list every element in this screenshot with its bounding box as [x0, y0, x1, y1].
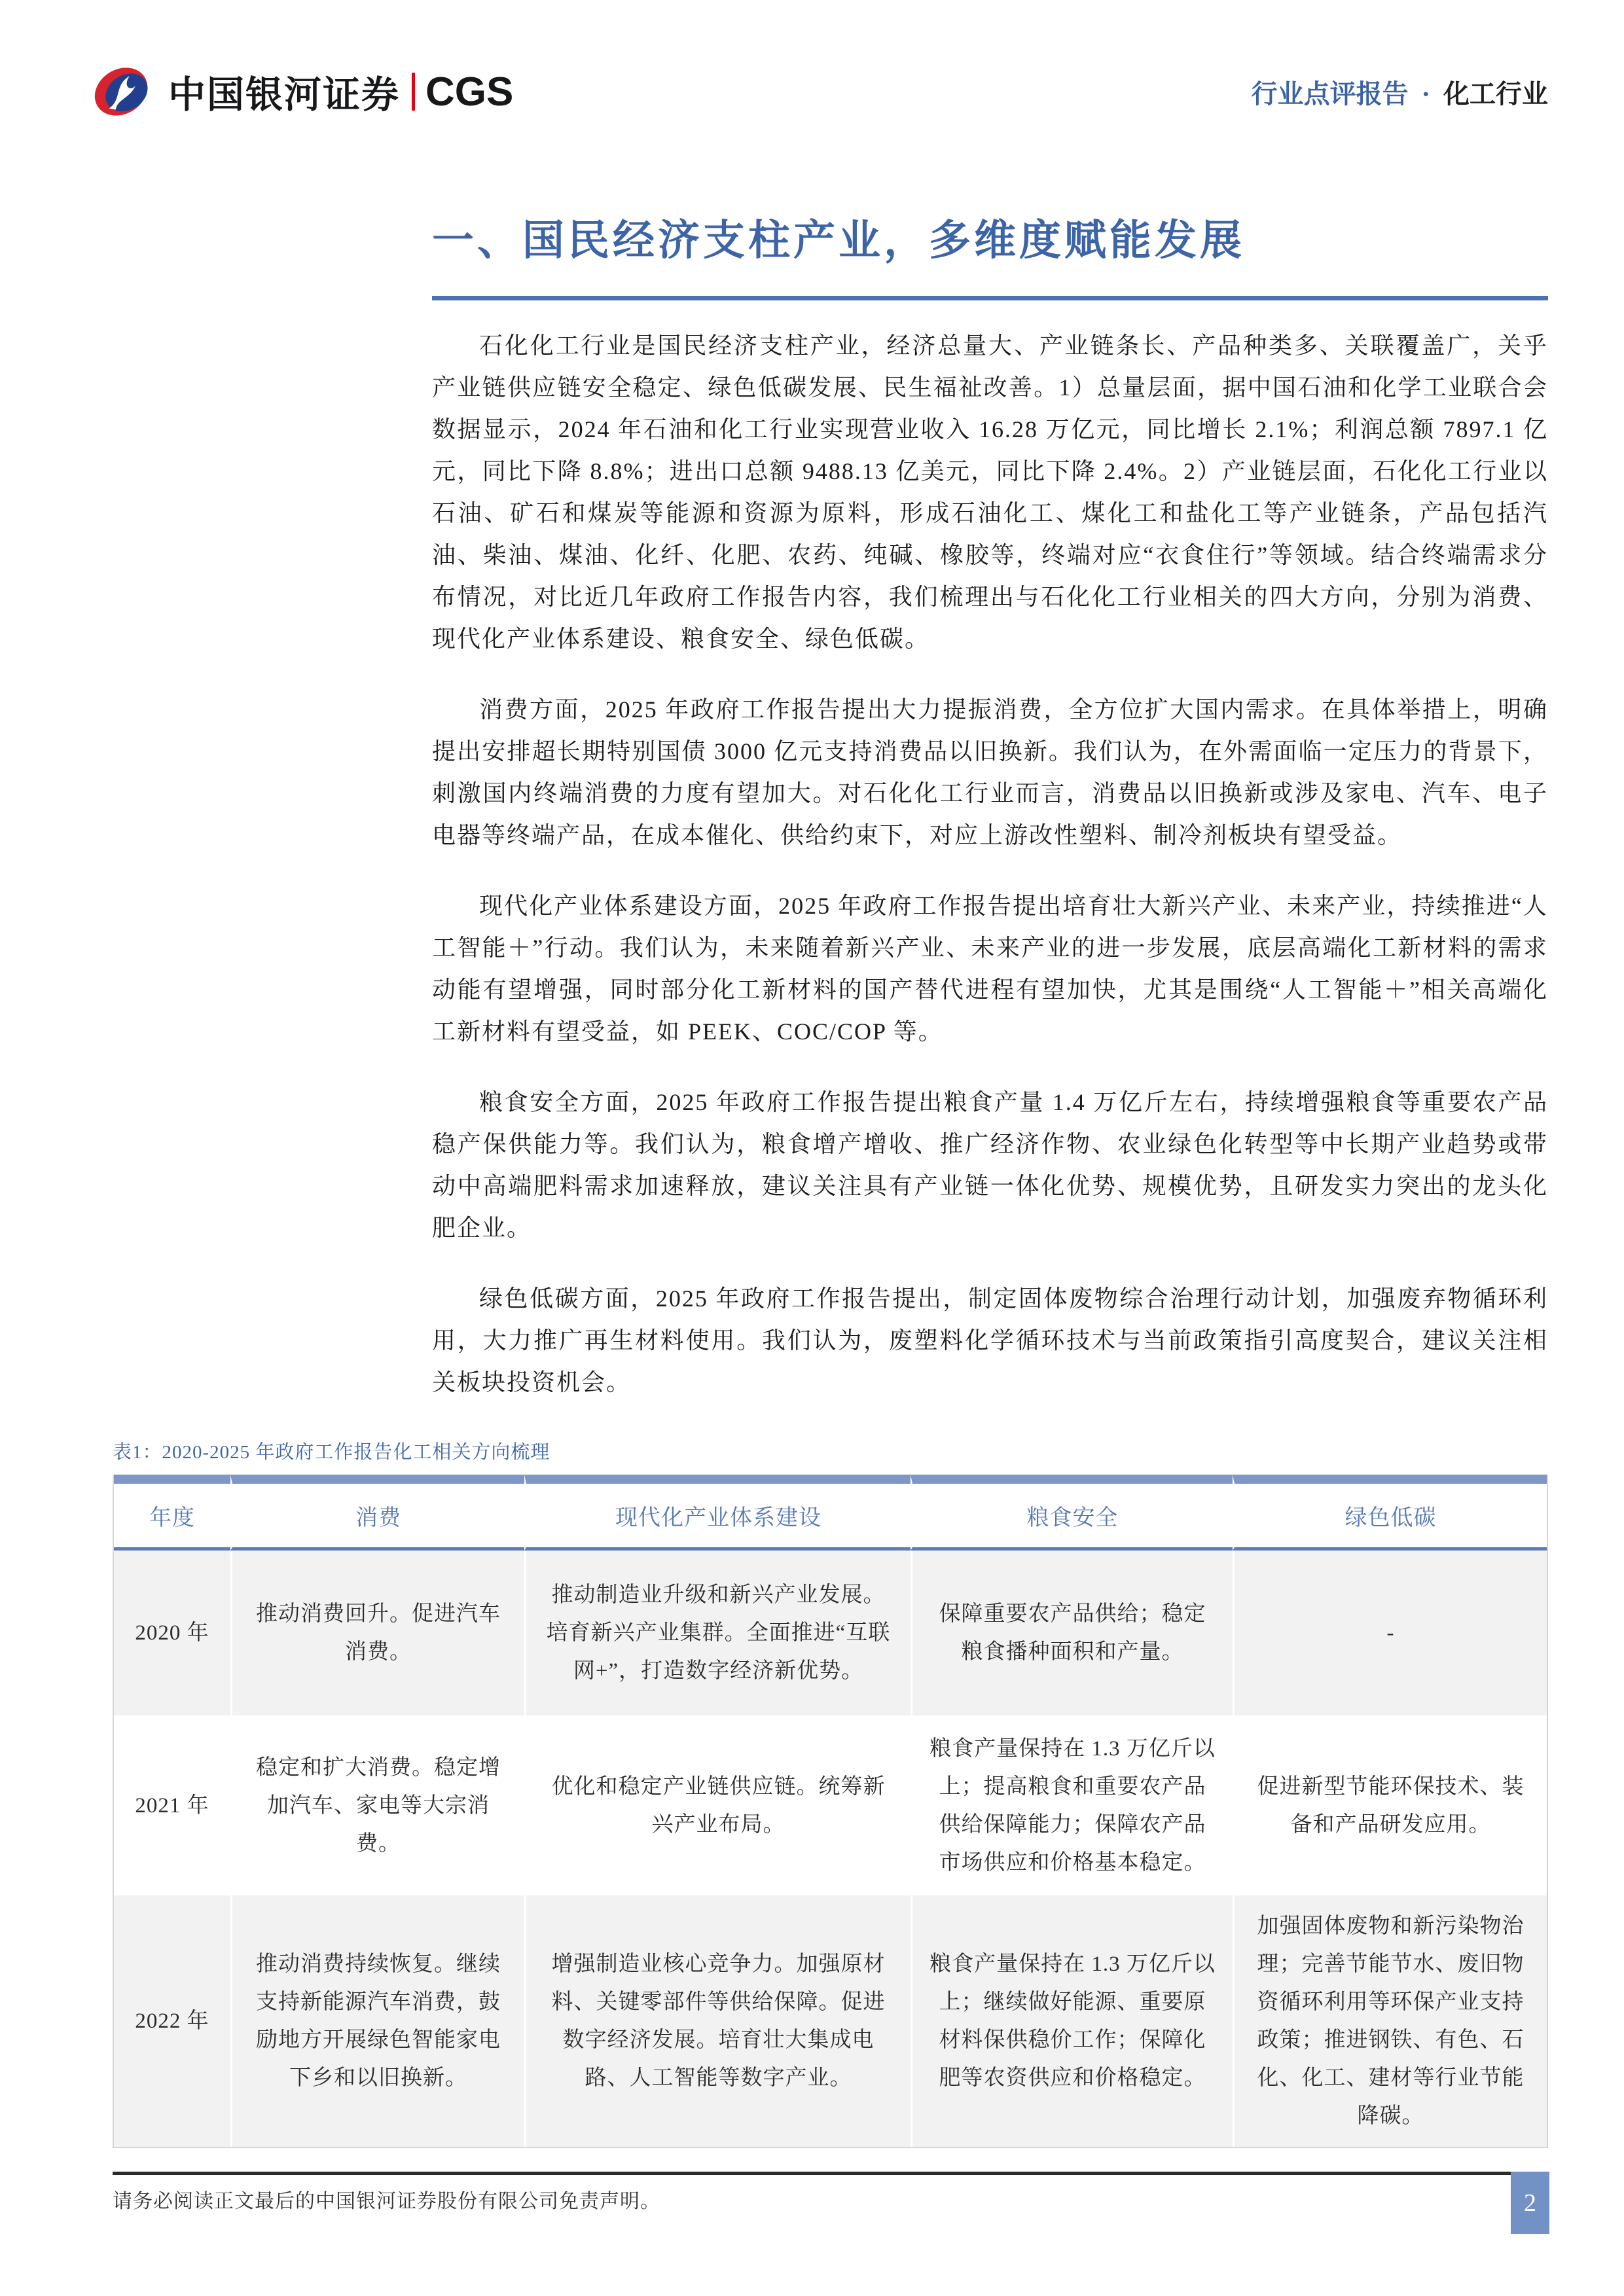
page-header: 中国银河证券 CGS 行业点评报告 · 化工行业: [91, 60, 1548, 123]
table-row-2022: 2022 年 推动消费持续恢复。继续支持新能源汽车消费，鼓励地方开展绿色智能家电…: [114, 1895, 1547, 2147]
cell-2020-green-lowcarbon: -: [1233, 1551, 1547, 1717]
table-caption: 表1：2020-2025 年政府工作报告化工相关方向梳理: [113, 1437, 1548, 1464]
section-title: 一、国民经济支柱产业，多维度赋能发展: [432, 207, 1548, 267]
paragraph-modern-industry: 现代化产业体系建设方面，2025 年政府工作报告提出培育壮大新兴产业、未来产业，…: [432, 885, 1548, 1052]
industry-label: 化工行业: [1443, 79, 1548, 109]
cell-2022-consumption: 推动消费持续恢复。继续支持新能源汽车消费，鼓励地方开展绿色智能家电下乡和以旧换新…: [230, 1895, 524, 2147]
cell-2021-modern-industry: 优化和稳定产业链供应链。统筹新兴产业布局。: [524, 1717, 911, 1895]
table-row-2021: 2021 年 稳定和扩大消费。稳定增加汽车、家电等大宗消费。 优化和稳定产业链供…: [114, 1717, 1547, 1895]
year-cell: 2021 年: [114, 1717, 230, 1895]
body-content: 石化化工行业是国民经济支柱产业，经济总量大、产业链条长、产品种类多、关联覆盖广，…: [432, 325, 1548, 1432]
brand-divider: [412, 73, 415, 111]
cell-2020-grain-security: 保障重要农产品供给；稳定粮食播种面积和产量。: [911, 1551, 1233, 1717]
cell-2022-green-lowcarbon: 加强固体废物和新污染物治理；完善节能节水、废旧物资循环利用等环保产业支持政策；推…: [1233, 1895, 1547, 2147]
col-header-year: 年度: [114, 1475, 230, 1551]
report-page: 中国银河证券 CGS 行业点评报告 · 化工行业 一、国民经济支柱产业，多维度赋…: [0, 0, 1624, 2296]
col-header-modern-industry: 现代化产业体系建设: [524, 1475, 911, 1551]
separator-dot: ·: [1422, 79, 1430, 109]
paragraph-overview: 石化化工行业是国民经济支柱产业，经济总量大、产业链条长、产品种类多、关联覆盖广，…: [432, 325, 1548, 660]
cell-2021-grain-security: 粮食产量保持在 1.3 万亿斤以上；提高粮食和重要农产品供给保障能力；保障农产品…: [911, 1717, 1233, 1895]
footer-divider: [113, 2172, 1548, 2175]
brand-name-en: CGS: [425, 69, 513, 115]
paragraph-consumption: 消费方面，2025 年政府工作报告提出大力提振消费，全方位扩大国内需求。在具体举…: [432, 689, 1548, 856]
brand-logo: 中国银河证券 CGS: [91, 62, 513, 122]
cell-2021-green-lowcarbon: 促进新型节能环保技术、装备和产品研发应用。: [1233, 1717, 1547, 1895]
cell-2020-modern-industry: 推动制造业升级和新兴产业发展。培育新兴产业集群。全面推进“互联网+”，打造数字经…: [524, 1551, 911, 1717]
title-underline: [432, 296, 1548, 300]
cell-2022-grain-security: 粮食产量保持在 1.3 万亿斤以上；继续做好能源、重要原材料保供稳价工作；保障化…: [911, 1895, 1233, 2147]
table-header-row: 年度 消费 现代化产业体系建设 粮食安全 绿色低碳: [114, 1475, 1547, 1551]
cell-2021-consumption: 稳定和扩大消费。稳定增加汽车、家电等大宗消费。: [230, 1717, 524, 1895]
report-type-label: 行业点评报告: [1252, 79, 1409, 109]
report-type-header: 行业点评报告 · 化工行业: [1252, 73, 1548, 111]
cell-2022-modern-industry: 增强制造业核心竞争力。加强原材料、关键零部件等供给保障。促进数字经济发展。培育壮…: [524, 1895, 911, 2147]
col-header-grain-security: 粮食安全: [911, 1475, 1233, 1551]
footer-disclaimer: 请务必阅读正文最后的中国银河证券股份有限公司免责声明。: [113, 2185, 660, 2214]
col-header-green-lowcarbon: 绿色低碳: [1233, 1475, 1547, 1551]
year-cell: 2020 年: [114, 1551, 230, 1717]
table-section: 表1：2020-2025 年政府工作报告化工相关方向梳理 年度 消费 现代化产业…: [113, 1437, 1548, 2148]
paragraph-grain-security: 粮食安全方面，2025 年政府工作报告提出粮食产量 1.4 万亿斤左右，持续增强…: [432, 1081, 1548, 1249]
policy-table: 年度 消费 现代化产业体系建设 粮食安全 绿色低碳 2020 年 推动消费回升。…: [114, 1475, 1547, 2147]
policy-table-wrapper: 年度 消费 现代化产业体系建设 粮食安全 绿色低碳 2020 年 推动消费回升。…: [113, 1475, 1548, 2148]
brand-name-cn: 中国银河证券: [168, 65, 400, 118]
col-header-consumption: 消费: [230, 1475, 524, 1551]
paragraph-green-lowcarbon: 绿色低碳方面，2025 年政府工作报告提出，制定固体废物综合治理行动计划，加强废…: [432, 1278, 1548, 1403]
table-row-2020: 2020 年 推动消费回升。促进汽车消费。 推动制造业升级和新兴产业发展。培育新…: [114, 1551, 1547, 1717]
galaxy-logo-icon: [91, 62, 151, 122]
cell-2020-consumption: 推动消费回升。促进汽车消费。: [230, 1551, 524, 1717]
year-cell: 2022 年: [114, 1895, 230, 2147]
page-number-badge: 2: [1511, 2172, 1549, 2234]
